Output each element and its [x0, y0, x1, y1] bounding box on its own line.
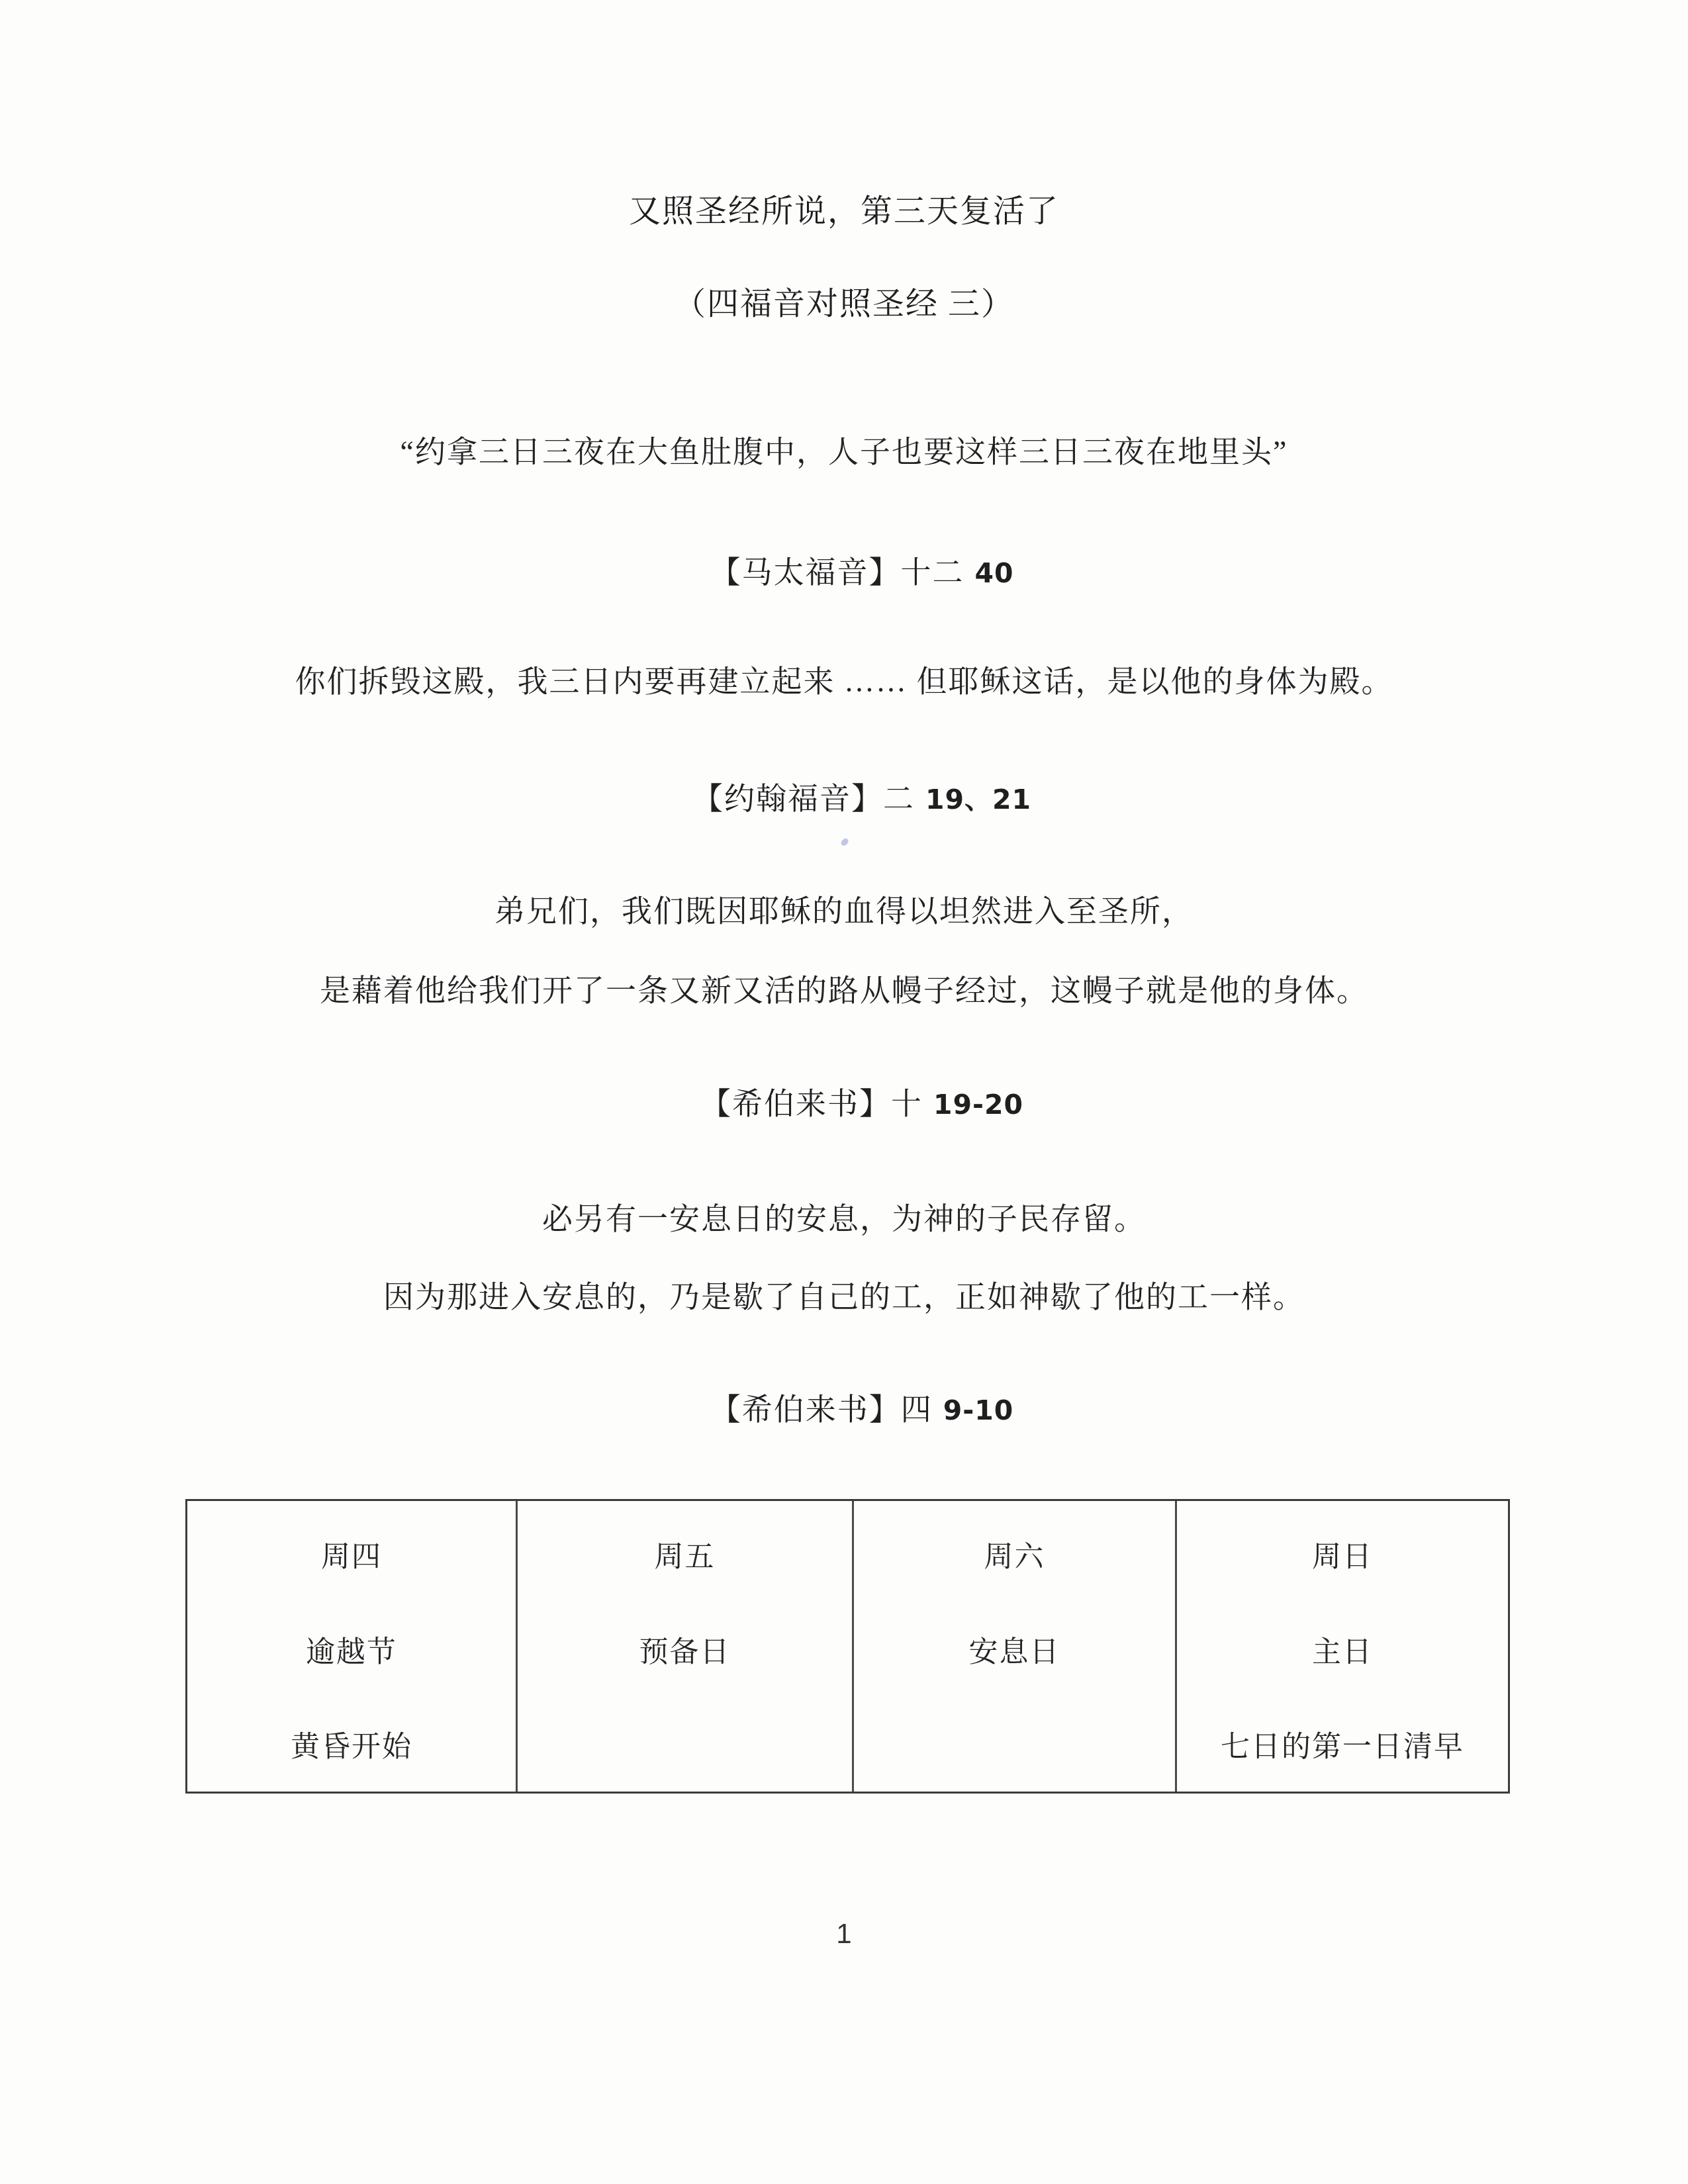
verse-quote-hebrews4-line1: 必另有一安息日的安息，为神的子民存留。: [0, 1199, 1688, 1239]
ref-number-matthew: 40: [974, 557, 1013, 589]
verse-quote-hebrews10-line1: 弟兄们，我们既因耶稣的血得以坦然进入至圣所，: [0, 891, 1688, 931]
cell-event: 预备日: [518, 1602, 852, 1697]
cell-day: 周六: [854, 1506, 1175, 1602]
cell-event: 安息日: [854, 1602, 1175, 1697]
table-column-saturday: 周六 安息日: [854, 1501, 1177, 1792]
cell-note: 七日的第一日清早: [1177, 1696, 1508, 1792]
ref-book-matthew: 【马太福音】十二: [710, 555, 964, 589]
cell-note: 黄昏开始: [187, 1696, 516, 1792]
ref-number-john: 19、21: [925, 784, 1031, 815]
verse-reference-hebrews10: 【希伯来书】十19-20: [0, 1044, 1688, 1164]
cell-day: 周日: [1177, 1506, 1508, 1602]
cell-note: [518, 1696, 852, 1792]
table-column-sunday: 周日 主日 七日的第一日清早: [1177, 1501, 1508, 1792]
ref-number-hebrews10: 19-20: [933, 1089, 1023, 1120]
ref-book-hebrews10: 【希伯来书】十: [700, 1087, 923, 1120]
page-number: 1: [0, 1918, 1688, 1950]
verse-reference-hebrews4: 【希伯来书】四9-10: [0, 1350, 1688, 1470]
week-schedule-table: 周四 逾越节 黄昏开始 周五 预备日 周六 安息日 周日 主日 七日的第一日清早: [185, 1499, 1510, 1794]
verse-quote-john: 你们拆毁这殿，我三日内要再建立起来 …… 但耶稣这话，是以他的身体为殿。: [0, 662, 1688, 702]
cell-note: [854, 1696, 1175, 1792]
document-page: 又照圣经所说，第三天复活了 （四福音对照圣经 三） “约拿三日三夜在大鱼肚腹中，…: [0, 0, 1688, 2184]
cell-day: 周五: [518, 1506, 852, 1602]
ref-number-hebrews4: 9-10: [943, 1394, 1014, 1426]
verse-quote-hebrews4-line2: 因为那进入安息的，乃是歇了自己的工，正如神歇了他的工一样。: [0, 1277, 1688, 1317]
doc-title: 又照圣经所说，第三天复活了: [0, 192, 1688, 232]
cell-event: 逾越节: [187, 1602, 516, 1697]
verse-reference-matthew: 【马太福音】十二40: [0, 513, 1688, 633]
doc-subtitle: （四福音对照圣经 三）: [0, 285, 1688, 324]
ref-book-hebrews4: 【希伯来书】四: [710, 1392, 933, 1426]
table-column-friday: 周五 预备日: [518, 1501, 854, 1792]
table-column-thursday: 周四 逾越节 黄昏开始: [187, 1501, 518, 1792]
cell-day: 周四: [187, 1506, 516, 1602]
cell-event: 主日: [1177, 1602, 1508, 1697]
verse-quote-hebrews10-line2: 是藉着他给我们开了一条又新又活的路从幔子经过，这幔子就是他的身体。: [0, 971, 1688, 1011]
verse-quote-matthew: “约拿三日三夜在大鱼肚腹中，人子也要这样三日三夜在地里头”: [0, 432, 1688, 472]
ref-book-john: 【约翰福音】二: [692, 782, 915, 815]
